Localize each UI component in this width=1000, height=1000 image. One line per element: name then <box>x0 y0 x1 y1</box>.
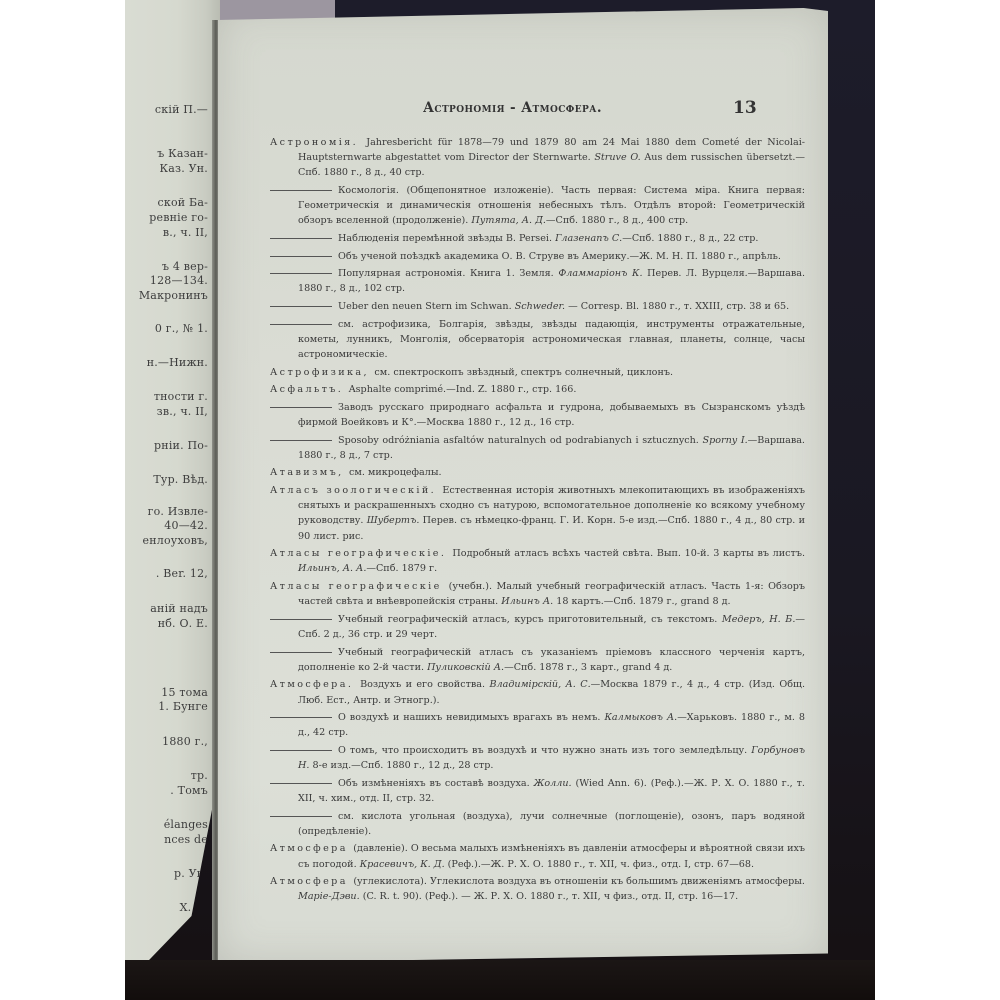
entry-author: Горбуновъ Н. <box>298 745 805 771</box>
entry-author: Владимірскій, А. С. <box>489 679 590 690</box>
table-surface <box>125 960 875 1000</box>
left-page-text-fragment: зв., ч. II, <box>157 405 208 418</box>
left-page-text-fragment: 0 г., № 1. <box>155 322 208 335</box>
left-page-text-fragment: ревніе го- <box>149 211 208 224</box>
left-page-text-fragment: в., ч. II, <box>163 226 208 239</box>
left-page-text-fragment: скій П.— <box>155 103 208 116</box>
ditto-dash <box>270 407 332 408</box>
entry-author: Калмыковъ А. <box>604 712 677 723</box>
page-number: 13 <box>733 98 757 118</box>
ditto-dash <box>270 440 332 441</box>
left-page-text-fragment: тр. <box>191 769 208 782</box>
entry-heading: Астрофизика, <box>270 367 374 378</box>
left-page-text-fragment: Тур. Вѣд. <box>153 473 208 486</box>
left-facing-page: скій П.—ъ Казан-Каз. Ун.ской Ба-ревніе г… <box>125 0 220 985</box>
left-page-text-fragment: рніи. По- <box>154 439 208 452</box>
entry-author: Пуликовскій А. <box>427 662 504 673</box>
bibliography-entry: Астрономія. Jahresbericht für 1878—79 un… <box>270 135 805 181</box>
entry-author: Путята, А. Д. <box>471 215 546 226</box>
bibliography-entry: Объ ученой поѣздкѣ академика О. В. Струв… <box>270 249 805 264</box>
ditto-dash <box>270 238 332 239</box>
entry-author: Жолли. <box>534 778 572 789</box>
bibliography-entry: О воздухѣ и нашихъ невидимыхъ врагахъ въ… <box>270 710 805 740</box>
bibliography-entry: Sposoby odróżniania asfaltów naturalnych… <box>270 433 805 463</box>
left-page-text-fragment: . Томъ <box>170 784 208 797</box>
entry-author: Struve O. <box>594 152 640 163</box>
left-page-text-fragment: нб. О. Е. <box>158 617 208 630</box>
ditto-dash <box>270 306 332 307</box>
left-page-text-fragment: тности г. <box>154 390 208 403</box>
left-page-text-fragment: 128—134. <box>150 274 208 287</box>
entry-heading: Атавизмъ, <box>270 467 349 478</box>
entry-author: Маріе-Дэви. <box>298 891 360 902</box>
bibliography-entry: Атласы географическіе. Подробный атласъ … <box>270 546 805 576</box>
ditto-dash <box>270 717 332 718</box>
bibliography-entries: Астрономія. Jahresbericht für 1878—79 un… <box>270 135 805 907</box>
bibliography-entry: О томъ, что происходитъ въ воздухѣ и что… <box>270 743 805 773</box>
left-page-text-fragment: н.—Нижн. <box>147 356 208 369</box>
bibliography-entry: см. кислота угольная (воздуха), лучи сол… <box>270 809 805 839</box>
entry-author: Красевичъ, К. Д. <box>360 859 445 870</box>
entry-heading: Атмосфера <box>270 843 353 854</box>
left-page-text-fragment: 15 тома <box>161 686 208 699</box>
ditto-dash <box>270 256 332 257</box>
bibliography-entry: Учебный географическій атласъ съ указані… <box>270 645 805 675</box>
left-page-text-fragment: 1. Бунге <box>158 700 208 713</box>
left-page-text-fragment: аній надъ <box>150 602 208 615</box>
ditto-dash <box>270 783 332 784</box>
ditto-dash <box>270 816 332 817</box>
bibliography-entry: Космологія. (Общепонятное изложеніе). Ча… <box>270 183 805 229</box>
entry-author: Ильинъ, А. А. <box>298 563 366 574</box>
entry-author: Глазенапъ С. <box>555 233 622 244</box>
ditto-dash <box>270 619 332 620</box>
entry-heading: Атласъ зоологическій. <box>270 485 442 496</box>
left-page-text-fragment: ской Ба- <box>158 196 208 209</box>
left-page-text-fragment: 40—42. <box>164 519 208 532</box>
bibliography-entry: см. астрофизика, Болгарія, звѣзды, звѣзд… <box>270 317 805 363</box>
entry-heading: Атласы географическіе <box>270 581 449 592</box>
left-page-text-fragment: ъ 4 вер- <box>162 260 208 273</box>
bibliography-entry: Атмосфера (давленіе). О весьма малыхъ из… <box>270 841 805 871</box>
entry-heading: Астрономія. <box>270 137 366 148</box>
bibliography-entry: Атласы географическіе (учебн.). Малый уч… <box>270 579 805 609</box>
ditto-dash <box>270 190 332 191</box>
left-page-text-fragment: élanges <box>164 818 208 831</box>
running-head: Астрономія - Атмосфера. <box>423 100 602 116</box>
entry-heading: Атмосфера. <box>270 679 360 690</box>
bibliography-entry: Атласъ зоологическій. Естественная истор… <box>270 483 805 544</box>
bibliography-entry: Атмосфера (углекислота). Углекислота воз… <box>270 874 805 904</box>
ditto-dash <box>270 750 332 751</box>
left-page-text-fragment: 1880 г., <box>162 735 208 748</box>
entry-author: Фламмаріонъ К. <box>558 268 642 279</box>
entry-heading: Атласы географическіе. <box>270 548 452 559</box>
entry-heading: Асфальтъ. <box>270 384 349 395</box>
bibliography-entry: Учебный географическій атласъ, курсъ при… <box>270 612 805 642</box>
entry-author: Шубертъ. <box>367 515 420 526</box>
bibliography-entry: Объ измѣненіяхъ въ составѣ воздуха. Жолл… <box>270 776 805 806</box>
ditto-dash <box>270 652 332 653</box>
entry-heading: Атмосфера <box>270 876 353 887</box>
entry-author: Schweder. <box>515 301 565 312</box>
left-page-text-fragment: nces de <box>164 833 208 846</box>
bibliography-entry: Популярная астрономія. Книга 1. Земля. Ф… <box>270 266 805 296</box>
left-page-text-fragment: го. Извле- <box>148 505 208 518</box>
ditto-dash <box>270 273 332 274</box>
entry-author: Медеръ, Н. Б. <box>722 614 796 625</box>
left-page-text-fragment: Каз. Ун. <box>160 162 208 175</box>
bibliography-entry: Атмосфера. Воздухъ и его свойства. Влади… <box>270 677 805 707</box>
bibliography-entry: Заводъ русскаго природнаго асфальта и гу… <box>270 400 805 430</box>
bibliography-entry: Атавизмъ, см. микроцефалы. <box>270 465 805 480</box>
left-page-text-fragment: ъ Казан- <box>157 147 208 160</box>
bibliography-entry: Астрофизика, см. спектроскопъ звѣздный, … <box>270 365 805 380</box>
left-page-text-fragment: Макронинъ <box>139 289 208 302</box>
right-page: Астрономія - Атмосфера. 13 Астрономія. J… <box>218 8 828 963</box>
ditto-dash <box>270 324 332 325</box>
bibliography-entry: Асфальтъ. Asphalte comprimé.—Ind. Z. 188… <box>270 382 805 397</box>
left-page-text-fragment: енлоуховъ, <box>143 534 208 547</box>
left-page-text-fragment: . Ber. 12, <box>156 567 208 580</box>
entry-author: Ильинъ А. <box>501 596 553 607</box>
entry-author: Sporny I. <box>703 435 748 446</box>
bibliography-entry: Наблюденія перемѣнной звѣзды B. Persei. … <box>270 231 805 246</box>
bibliography-entry: Ueber den neuen Stern im Schwan. Schwede… <box>270 299 805 314</box>
